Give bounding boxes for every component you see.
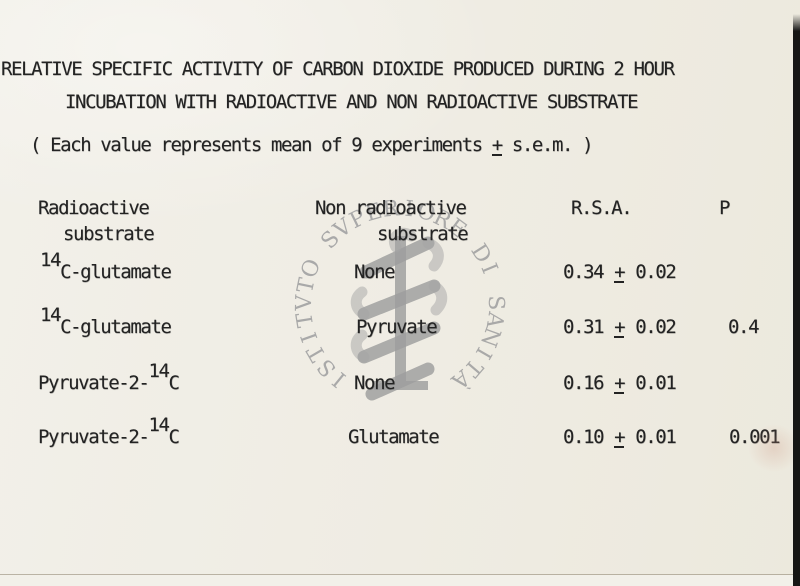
- rsa-error: 0.01: [635, 426, 675, 448]
- photo-margin-bottom: [0, 575, 793, 586]
- rsa-error: 0.02: [635, 261, 675, 283]
- substrate-prefix: Pyruvate-2-: [38, 372, 148, 394]
- watermark-letter: T: [294, 311, 318, 329]
- substrate-prefix: Pyruvate-2-: [38, 426, 148, 448]
- non-radioactive-substrate-cell: None: [354, 263, 394, 282]
- isotope-superscript: 14: [40, 304, 60, 326]
- radioactive-substrate-cell: Pyruvate-2-14C: [38, 428, 179, 447]
- rsa-value-cell: 0.34+0.02: [563, 263, 675, 283]
- rsa-mean: 0.31: [563, 316, 603, 338]
- rsa-value-cell: 0.10+0.01: [563, 428, 675, 448]
- substrate-name: C-glutamate: [60, 261, 170, 283]
- isotope-superscript: 14: [148, 414, 168, 436]
- plus-minus-symbol: +: [492, 137, 502, 156]
- scanned-document-photo: ISTITVTOSVPERIOREDISANITÀ RELATIVE SPECI…: [0, 0, 800, 586]
- subtitle-text-post: s.e.m. ): [512, 134, 592, 156]
- rsa-value-cell: 0.31+0.02: [563, 318, 675, 338]
- radioactive-substrate-cell: 14C-glutamate: [40, 318, 171, 337]
- non-radioactive-substrate-cell: Pyruvate: [356, 318, 436, 337]
- non-radioactive-substrate-cell: None: [354, 374, 394, 393]
- radioactive-substrate-cell: Pyruvate-2-14C: [38, 374, 179, 393]
- column-header-radioactive-line1: Radioactive: [38, 199, 148, 218]
- column-header-rsa: R.S.A.: [571, 199, 631, 218]
- substrate-name: C-glutamate: [60, 316, 170, 338]
- photo-bottom-edge: [0, 574, 793, 575]
- isotope-superscript: 14: [148, 360, 168, 382]
- rsa-value-cell: 0.16+0.01: [563, 374, 675, 394]
- radioactive-substrate-cell: 14C-glutamate: [40, 263, 171, 282]
- isotope-superscript: 14: [40, 249, 60, 271]
- column-header-p: P: [719, 199, 729, 218]
- asclepius-staff-icon: [0, 0, 800, 586]
- rsa-mean: 0.34: [563, 261, 603, 283]
- substrate-name: C: [169, 372, 179, 394]
- plus-minus-symbol: +: [614, 319, 624, 338]
- rsa-mean: 0.16: [563, 372, 603, 394]
- plus-minus-symbol: +: [614, 264, 624, 283]
- rsa-error: 0.02: [635, 316, 675, 338]
- column-header-non-radioactive-line2: substrate: [377, 225, 467, 244]
- title-line-2: INCUBATION WITH RADIOACTIVE AND NON RADI…: [65, 93, 637, 112]
- rsa-mean: 0.10: [563, 426, 603, 448]
- watermark-letter: S: [484, 295, 506, 311]
- plus-minus-symbol: +: [614, 375, 624, 394]
- column-header-radioactive-line2: substrate: [63, 225, 153, 244]
- plus-minus-symbol: +: [614, 429, 624, 448]
- subtitle-text-pre: ( Each value represents mean of 9 experi…: [30, 134, 482, 156]
- rsa-error: 0.01: [635, 372, 675, 394]
- title-line-1: RELATIVE SPECIFIC ACTIVITY OF CARBON DIO…: [1, 60, 674, 79]
- p-value-cell: 0.4: [728, 318, 758, 337]
- watermark-letter: V: [294, 295, 316, 311]
- scan-dark-edge: [793, 14, 800, 586]
- column-header-non-radioactive-line1: Non radioactive: [315, 199, 466, 218]
- non-radioactive-substrate-cell: Glutamate: [348, 428, 438, 447]
- subtitle: ( Each value represents mean of 9 experi…: [30, 136, 592, 156]
- substrate-name: C: [169, 426, 179, 448]
